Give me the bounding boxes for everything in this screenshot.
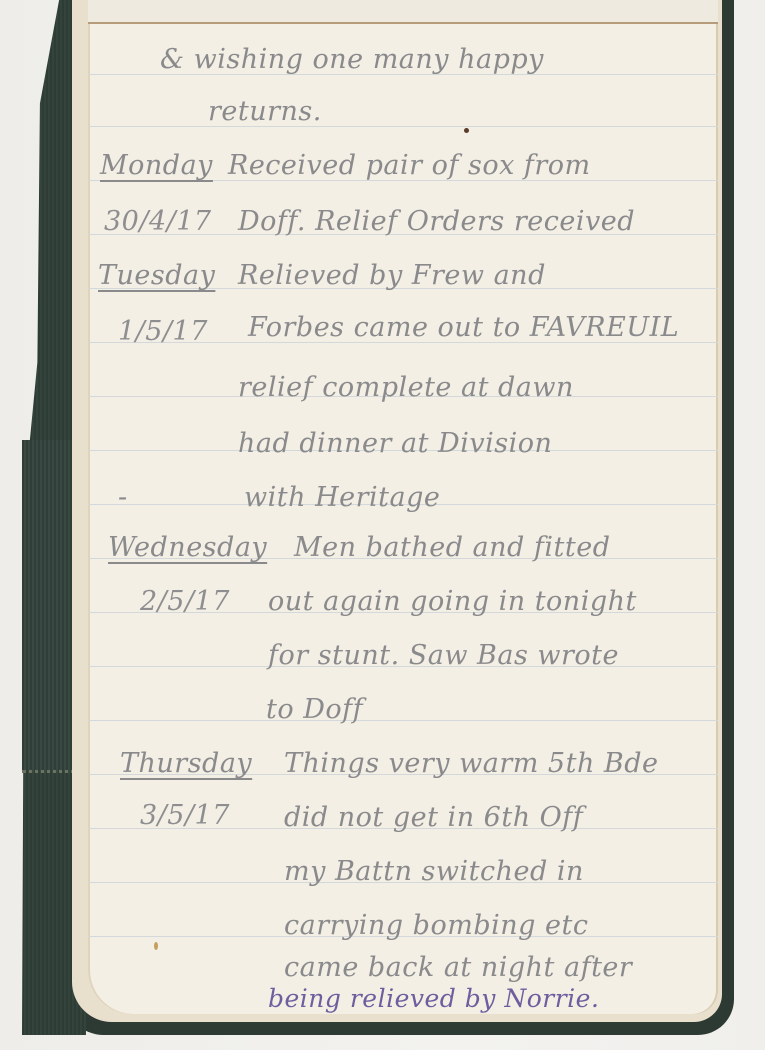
- entry-day-monday: Monday: [100, 150, 213, 181]
- entry-text: did not get in 6th Off: [284, 802, 583, 833]
- entry-text: my Battn switched in: [284, 856, 584, 887]
- ruled-line: [88, 126, 718, 127]
- diary-page: & wishing one many happy returns. Monday…: [88, 24, 718, 1014]
- ruled-line: [88, 720, 718, 721]
- entry-date: 1/5/17: [118, 316, 208, 347]
- entry-text: Doff. Relief Orders received: [238, 206, 635, 237]
- entry-text: to Doff: [266, 694, 363, 725]
- entry-date: 2/5/17: [140, 586, 230, 617]
- entry-text: being relieved by Norrie.: [268, 984, 599, 1013]
- paper-stain: [154, 942, 158, 950]
- entry-text: Things very warm 5th Bde: [284, 748, 659, 779]
- previous-page-edge: [88, 0, 718, 24]
- entry-text: out again going in tonight: [268, 586, 637, 617]
- entry-day-wednesday: Wednesday: [108, 532, 267, 563]
- entry-text: had dinner at Division: [238, 428, 552, 459]
- text-line: returns.: [208, 96, 322, 127]
- entry-date: 30/4/17: [104, 206, 212, 237]
- entry-date: 3/5/17: [140, 800, 230, 831]
- ink-spot: [464, 128, 469, 133]
- entry-text: came back at night after: [284, 952, 632, 983]
- margin-mark: -: [118, 482, 128, 513]
- entry-text: relief complete at dawn: [238, 372, 574, 403]
- entry-text: Relieved by Frew and: [238, 260, 546, 291]
- entry-text: Forbes came out to FAVREUIL: [248, 312, 679, 343]
- entry-day-tuesday: Tuesday: [98, 260, 215, 291]
- text-line: & wishing one many happy: [160, 44, 544, 75]
- entry-text: for stunt. Saw Bas wrote: [268, 640, 619, 671]
- entry-text: Received pair of sox from: [228, 150, 591, 181]
- entry-text: carrying bombing etc: [284, 910, 588, 941]
- entry-text: with Heritage: [244, 482, 440, 513]
- entry-day-thursday: Thursday: [120, 748, 252, 779]
- entry-text: Men bathed and fitted: [294, 532, 611, 563]
